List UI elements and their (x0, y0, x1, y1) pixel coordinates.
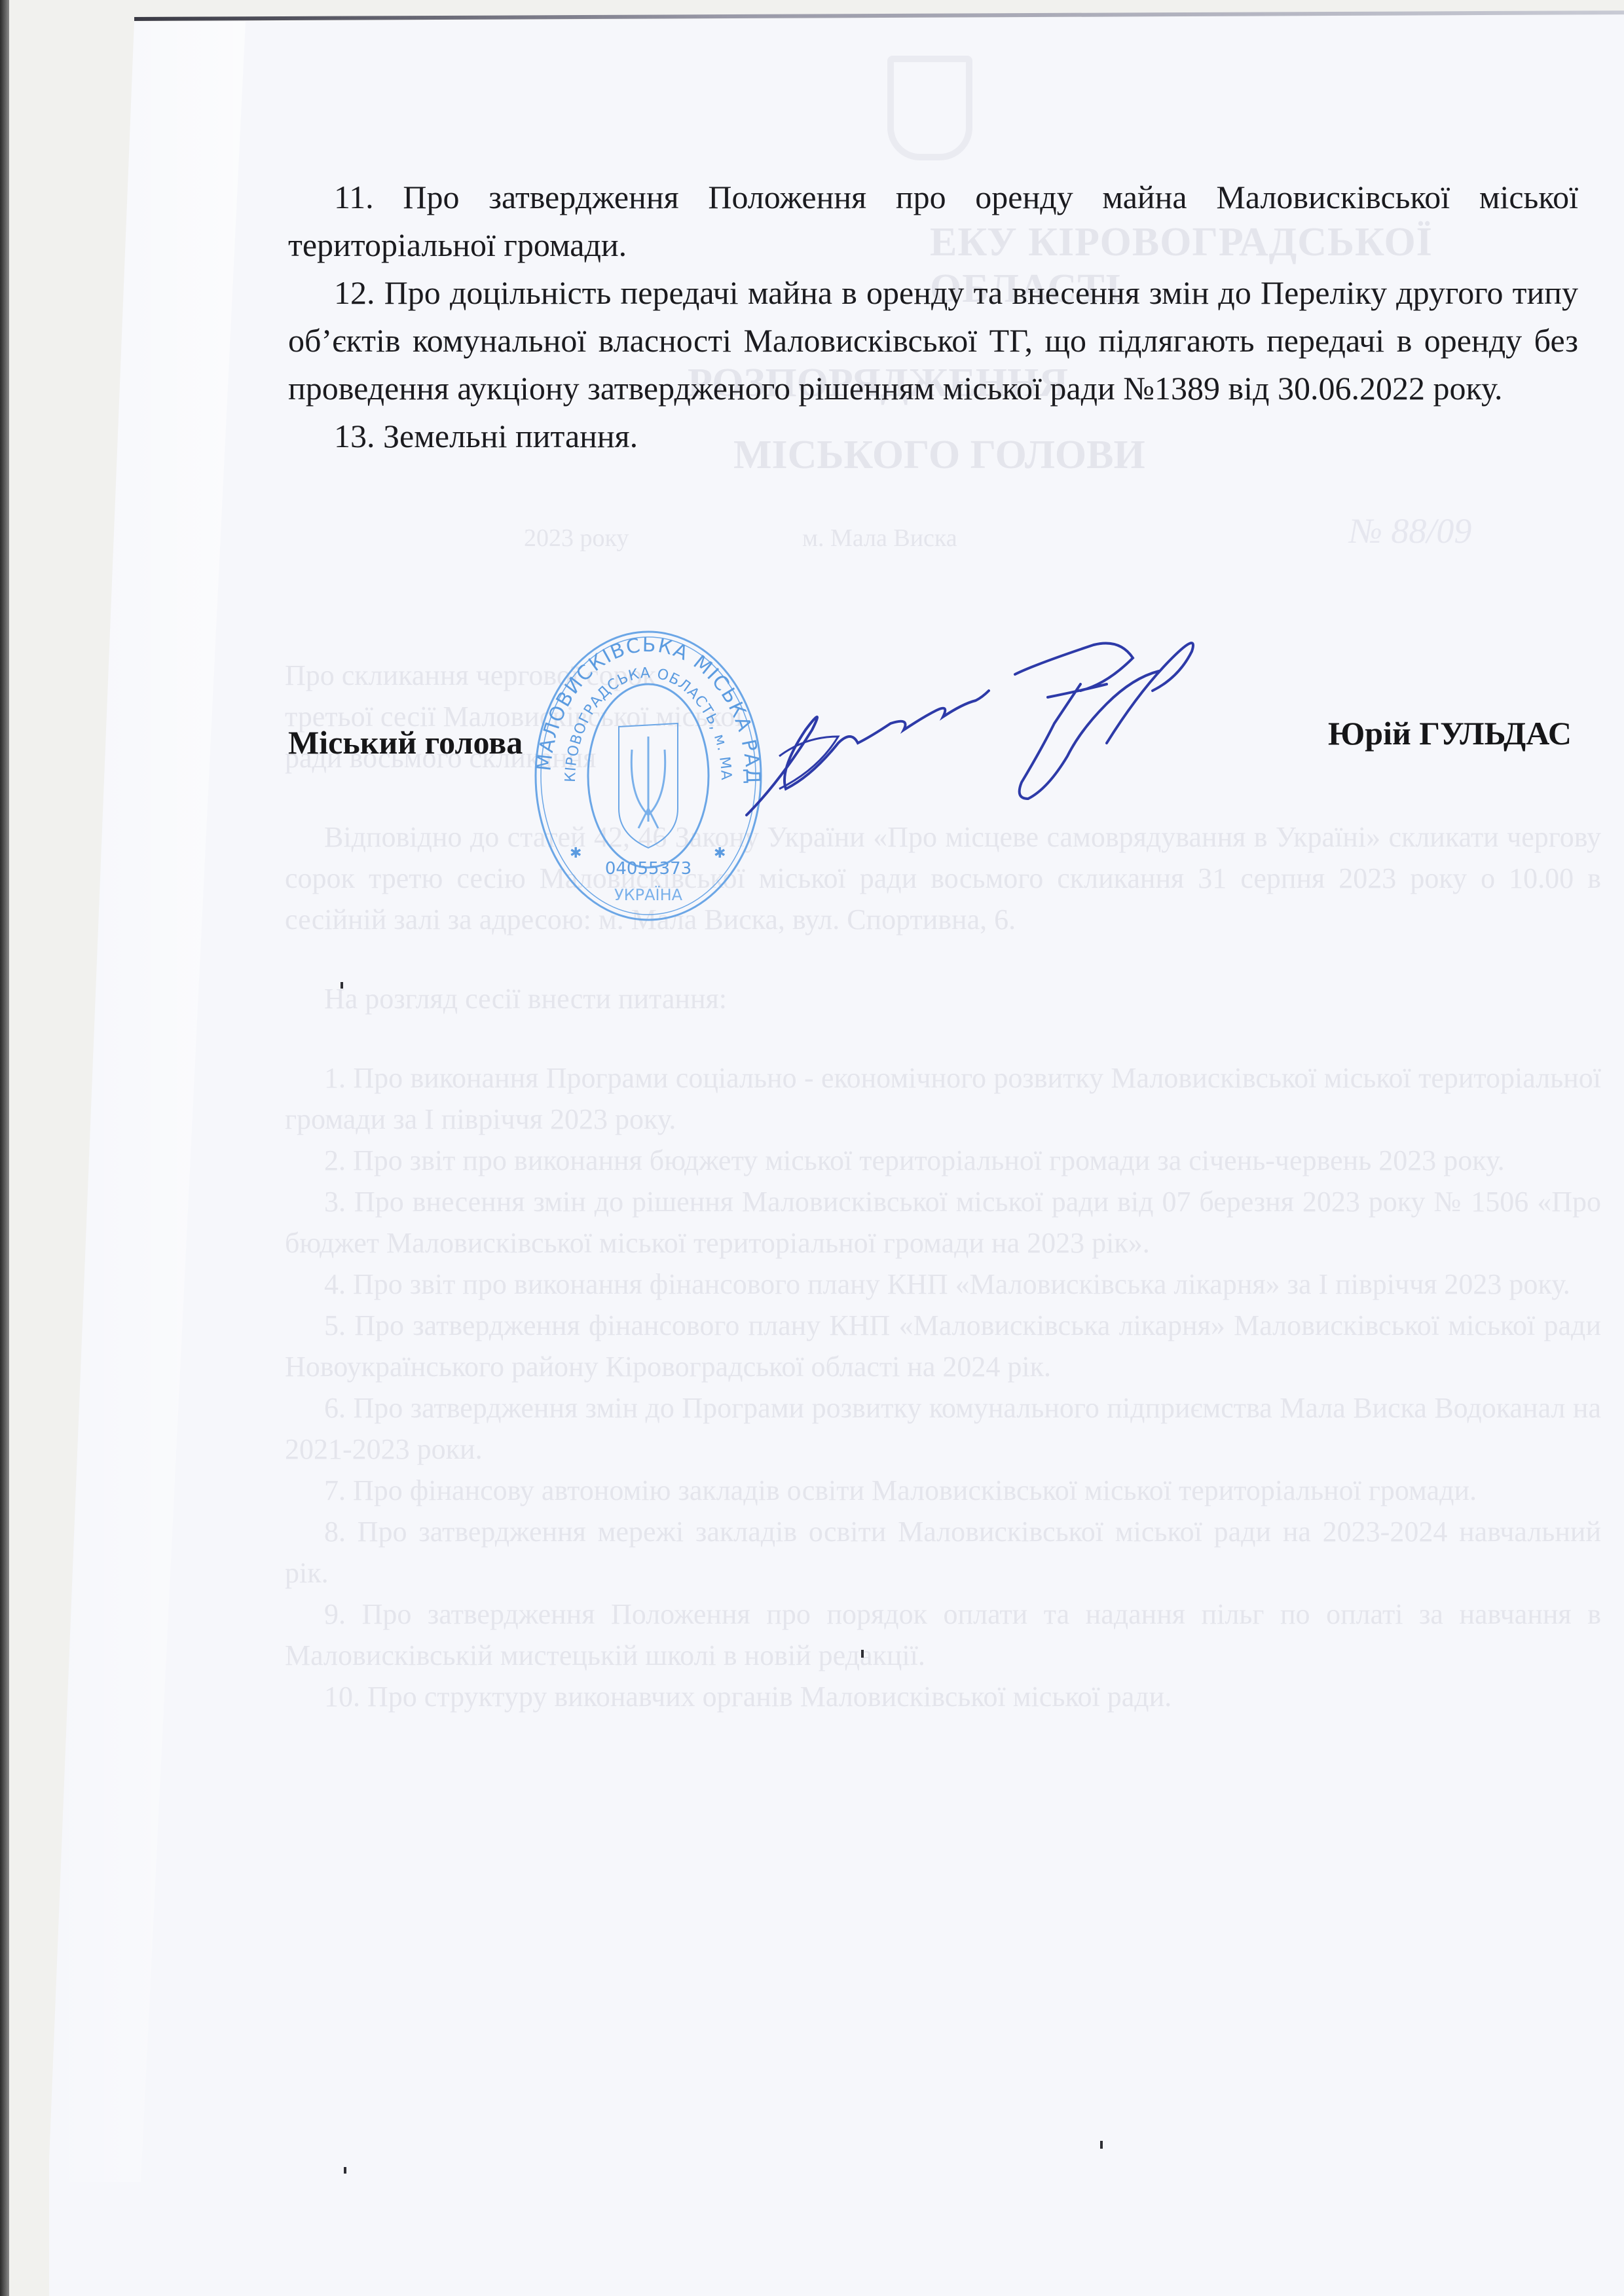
scan-artifact (344, 2167, 346, 2174)
ghost-agenda-item: 1. Про виконання Програми соціально - ек… (285, 1057, 1601, 1140)
ghost-agenda-item: 8. Про затвердження мережі закладів осві… (285, 1511, 1601, 1594)
ghost-agenda-item: 2. Про звіт про виконання бюджету місько… (285, 1140, 1601, 1181)
agenda-item-12: 12. Про доцільність передачі майна в оре… (288, 269, 1578, 412)
signatory-name: Юрій ГУЛЬДАС (1328, 714, 1572, 752)
ghost-agenda-item: 10. Про структуру виконавчих органів Мал… (285, 1676, 1601, 1717)
scanner-edge (0, 0, 9, 2296)
ghost-agenda-item: 3. Про внесення змін до рішення Маловиск… (285, 1181, 1601, 1264)
agenda-item-text: Про доцільність передачі майна в оренду … (288, 274, 1578, 407)
ghost-paragraph: Відповідно до статей 42, 46 Закону Украї… (285, 816, 1601, 940)
ghost-paragraph: На розгляд сесії внести питання: (285, 978, 1601, 1019)
document-page: ЕКУ КІРОВОГРАДСЬКОЇ ОБЛАСТІ РОЗПОРЯДЖЕНН… (0, 0, 1624, 2296)
agenda-list: 11. Про затвердження Положення про оренд… (288, 173, 1578, 460)
ghost-agenda-item: 7. Про фінансову автономію закладів осві… (285, 1470, 1601, 1511)
signature-block: Міський голова Юрій ГУЛЬДАС (288, 723, 1572, 776)
page-fold (49, 22, 246, 2182)
ghost-date: 2023 року (524, 524, 629, 553)
scan-artifact (54, 969, 56, 978)
scan-artifact (341, 982, 343, 989)
signatory-title: Міський голова (288, 723, 523, 761)
ghost-city: м. Мала Виска (802, 524, 957, 553)
svg-text:✱: ✱ (570, 845, 581, 861)
ghost-agenda-item: 4. Про звіт про виконання фінансового пл… (285, 1264, 1601, 1305)
ghost-order-number: № 88/09 (1349, 511, 1471, 551)
agenda-item-text: Про затвердження Положення про оренду ма… (288, 179, 1578, 263)
svg-text:04055373: 04055373 (605, 859, 692, 879)
ghost-agenda-item: 9. Про затвердження Положення про порядо… (285, 1594, 1601, 1676)
svg-text:✱: ✱ (714, 845, 726, 861)
ghost-coat-of-arms-icon (887, 56, 972, 160)
svg-text:УКРАЇНА: УКРАЇНА (614, 885, 683, 904)
scan-artifact (861, 1650, 864, 1658)
agenda-item-11: 11. Про затвердження Положення про оренд… (288, 173, 1578, 269)
ghost-agenda-item: 5. Про затвердження фінансового плану КН… (285, 1305, 1601, 1387)
agenda-item-number: 12. (334, 274, 375, 311)
agenda-item-text: Земельні питання. (383, 418, 638, 454)
scan-artifact (1100, 2141, 1103, 2149)
agenda-item-number: 11. (334, 179, 374, 215)
agenda-item-number: 13. (334, 418, 375, 454)
agenda-item-13: 13. Земельні питання. (288, 412, 1578, 460)
ghost-agenda-item: 6. Про затвердження змін до Програми роз… (285, 1387, 1601, 1470)
